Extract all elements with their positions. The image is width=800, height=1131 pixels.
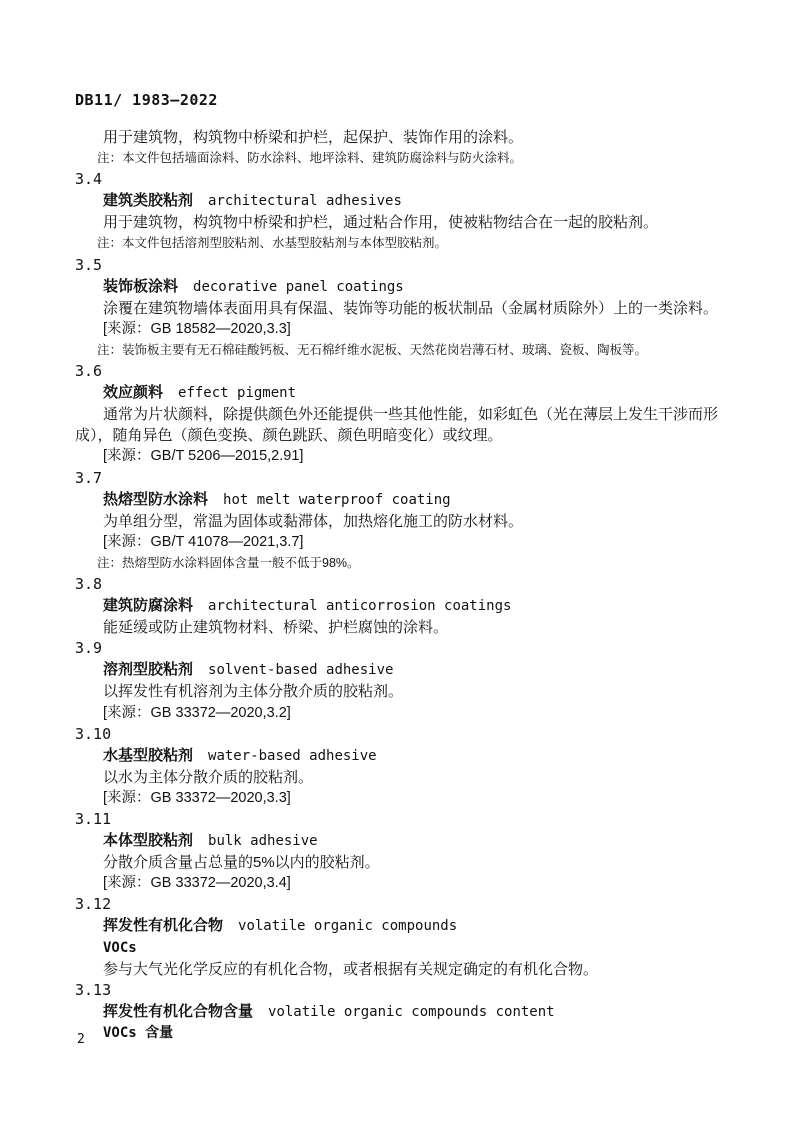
section-number: 3.8 <box>75 574 727 595</box>
section-number: 3.4 <box>75 169 727 190</box>
section-number: 3.6 <box>75 361 727 382</box>
term-abbreviation: VOCs 含量 <box>75 1023 727 1044</box>
section-3-7: 3.7 热熔型防水涂料hot melt waterproof coating 为… <box>75 468 727 574</box>
term-cn: 建筑防腐涂料 <box>103 597 193 614</box>
page-number: 2 <box>77 1032 85 1047</box>
section-3-11: 3.11 本体型胶粘剂bulk adhesive 分散介质含量占总量的5%以内的… <box>75 809 727 894</box>
note-text: 注：本文件包括溶剂型胶粘剂、水基型胶粘剂与本体型胶粘剂。 <box>75 233 727 254</box>
source-reference: [来源：GB 33372—2020,3.4] <box>75 873 727 894</box>
term-en: hot melt waterproof coating <box>223 492 451 508</box>
section-3-4: 3.4 建筑类胶粘剂architectural adhesives 用于建筑物，… <box>75 169 727 254</box>
section-3-10: 3.10 水基型胶粘剂water-based adhesive 以水为主体分散介… <box>75 724 727 809</box>
document-number-header: DB11/ 1983—2022 <box>75 90 727 111</box>
section-3-13: 3.13 挥发性有机化合物含量volatile organic compound… <box>75 980 727 1044</box>
source-reference: [来源：GB 18582—2020,3.3] <box>75 319 727 340</box>
term-line: 本体型胶粘剂bulk adhesive <box>75 830 727 852</box>
term-cn: 挥发性有机化合物 <box>103 917 223 934</box>
page-content: DB11/ 1983—2022 用于建筑物，构筑物中桥梁和护栏，起保护、装饰作用… <box>75 90 727 1044</box>
definition-text: 用于建筑物，构筑物中桥梁和护栏，起保护、装饰作用的涂料。 <box>75 127 727 148</box>
section-number: 3.11 <box>75 809 727 830</box>
term-cn: 水基型胶粘剂 <box>103 747 193 764</box>
term-line: 装饰板涂料decorative panel coatings <box>75 276 727 298</box>
section-3-12: 3.12 挥发性有机化合物volatile organic compounds … <box>75 894 727 979</box>
section-number: 3.7 <box>75 468 727 489</box>
term-en: decorative panel coatings <box>193 279 404 295</box>
section-number: 3.5 <box>75 255 727 276</box>
definition-text: 为单组分型，常温为固体或黏滞体，加热熔化施工的防水材料。 <box>75 511 727 532</box>
section-3-8: 3.8 建筑防腐涂料architectural anticorrosion co… <box>75 574 727 638</box>
document-page: { "header": "DB11/ 1983—2022", "page_num… <box>0 0 800 1131</box>
section-3-6: 3.6 效应颜料effect pigment 通常为片状颜料，除提供颜色外还能提… <box>75 361 727 467</box>
term-line: 水基型胶粘剂water-based adhesive <box>75 745 727 767</box>
term-cn: 建筑类胶粘剂 <box>103 192 193 209</box>
term-line: 溶剂型胶粘剂solvent-based adhesive <box>75 659 727 681</box>
term-line: 挥发性有机化合物含量volatile organic compounds con… <box>75 1001 727 1023</box>
term-cn: 装饰板涂料 <box>103 278 178 295</box>
term-en: solvent-based adhesive <box>208 662 393 678</box>
source-reference: [来源：GB/T 5206—2015,2.91] <box>75 446 727 467</box>
term-en: volatile organic compounds <box>238 918 457 934</box>
section-number: 3.10 <box>75 724 727 745</box>
source-reference: [来源：GB 33372—2020,3.3] <box>75 788 727 809</box>
term-line: 建筑类胶粘剂architectural adhesives <box>75 190 727 212</box>
section-number: 3.9 <box>75 638 727 659</box>
note-text: 注：装饰板主要有无石棉硅酸钙板、无石棉纤维水泥板、天然花岗岩薄石材、玻璃、瓷板、… <box>75 340 727 361</box>
definition-text: 以挥发性有机溶剂为主体分散介质的胶粘剂。 <box>75 681 727 702</box>
definition-text: 分散介质含量占总量的5%以内的胶粘剂。 <box>75 852 727 873</box>
term-en: architectural adhesives <box>208 193 402 209</box>
section-3-9: 3.9 溶剂型胶粘剂solvent-based adhesive 以挥发性有机溶… <box>75 638 727 723</box>
source-reference: [来源：GB/T 41078—2021,3.7] <box>75 532 727 553</box>
definition-text: 用于建筑物，构筑物中桥梁和护栏，通过粘合作用，使被粘物结合在一起的胶粘剂。 <box>75 212 727 233</box>
definition-text: 参与大气光化学反应的有机化合物，或者根据有关规定确定的有机化合物。 <box>75 959 727 980</box>
term-en: volatile organic compounds content <box>268 1004 555 1020</box>
section-3-5: 3.5 装饰板涂料decorative panel coatings 涂覆在建筑… <box>75 255 727 361</box>
term-en: bulk adhesive <box>208 833 318 849</box>
term-cn: 热熔型防水涂料 <box>103 491 208 508</box>
term-cn: 效应颜料 <box>103 384 163 401</box>
section-continuation: 用于建筑物，构筑物中桥梁和护栏，起保护、装饰作用的涂料。 注：本文件包括墙面涂料… <box>75 127 727 169</box>
term-line: 效应颜料effect pigment <box>75 382 727 404</box>
section-number: 3.13 <box>75 980 727 1001</box>
note-text: 注：本文件包括墙面涂料、防水涂料、地坪涂料、建筑防腐涂料与防火涂料。 <box>75 148 727 169</box>
term-line: 建筑防腐涂料architectural anticorrosion coatin… <box>75 595 727 617</box>
term-abbreviation: VOCs <box>75 938 727 959</box>
note-text: 注：热熔型防水涂料固体含量一般不低于98%。 <box>75 553 727 574</box>
definition-text: 通常为片状颜料，除提供颜色外还能提供一些其他性能，如彩虹色（光在薄层上发生干涉而… <box>75 404 727 446</box>
term-en: water-based adhesive <box>208 748 377 764</box>
term-en: architectural anticorrosion coatings <box>208 598 511 614</box>
term-line: 挥发性有机化合物volatile organic compounds <box>75 915 727 937</box>
definition-text: 涂覆在建筑物墙体表面用具有保温、装饰等功能的板状制品（金属材质除外）上的一类涂料… <box>75 298 727 319</box>
definition-text: 以水为主体分散介质的胶粘剂。 <box>75 767 727 788</box>
term-cn: 挥发性有机化合物含量 <box>103 1003 253 1020</box>
section-number: 3.12 <box>75 894 727 915</box>
source-reference: [来源：GB 33372—2020,3.2] <box>75 703 727 724</box>
term-cn: 溶剂型胶粘剂 <box>103 661 193 678</box>
term-cn: 本体型胶粘剂 <box>103 832 193 849</box>
definition-text: 能延缓或防止建筑物材料、桥梁、护栏腐蚀的涂料。 <box>75 617 727 638</box>
term-line: 热熔型防水涂料hot melt waterproof coating <box>75 489 727 511</box>
term-en: effect pigment <box>178 385 296 401</box>
